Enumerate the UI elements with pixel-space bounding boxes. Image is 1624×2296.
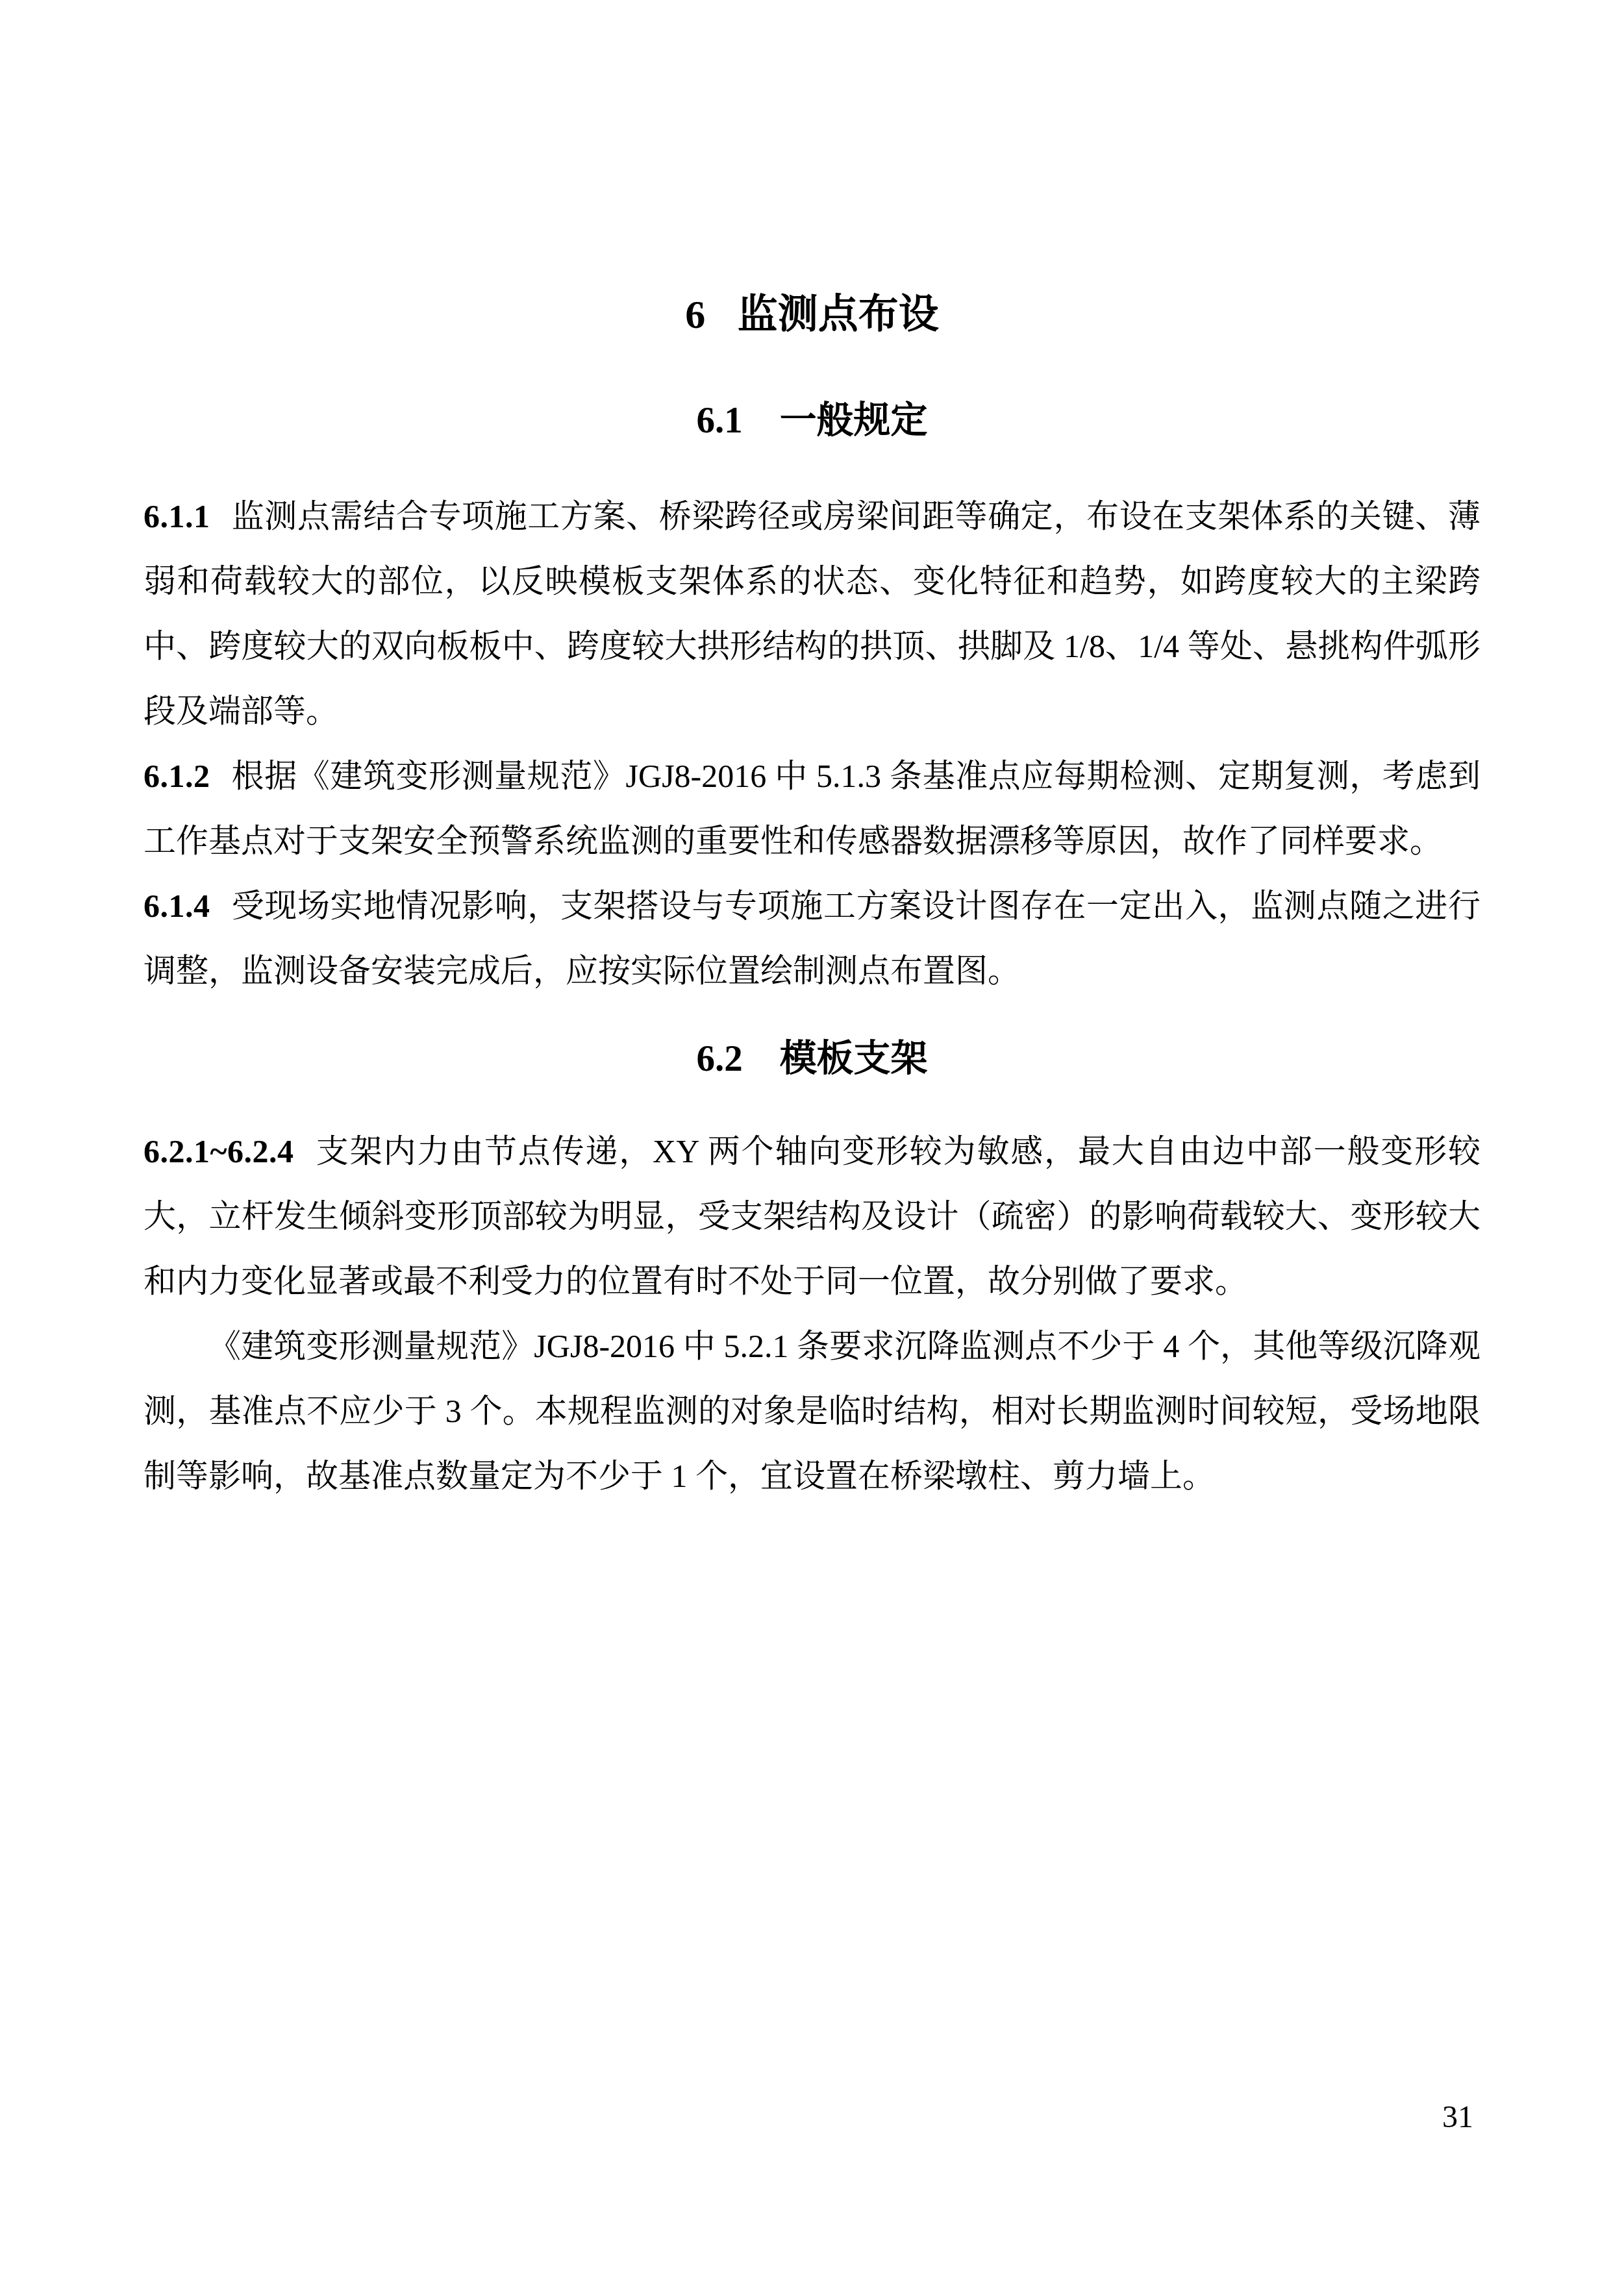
- clause-number: 6.2.1~6.2.4: [144, 1133, 294, 1169]
- section-title-6-1: 6.1一般规定: [144, 399, 1480, 443]
- clause-number: 6.1.4: [144, 888, 210, 924]
- section-title-6-2: 6.2模板支架: [144, 1037, 1480, 1081]
- page-content: 6监测点布设 6.1一般规定 6.1.1监测点需结合专项施工方案、桥梁跨径或房梁…: [0, 0, 1624, 1508]
- clause-6-1-2: 6.1.2根据《建筑变形测量规范》JGJ8-2016 中 5.1.3 条基准点应…: [144, 743, 1480, 873]
- clause-number: 6.1.2: [144, 758, 210, 794]
- page-number: 31: [1442, 2099, 1473, 2136]
- section-number: 6.2: [696, 1038, 742, 1079]
- clause-6-1-1: 6.1.1监测点需结合专项施工方案、桥梁跨径或房梁间距等确定，布设在支架体系的关…: [144, 484, 1480, 743]
- clause-commentary-paragraph: 《建筑变形测量规范》JGJ8-2016 中 5.2.1 条要求沉降监测点不少于 …: [144, 1314, 1480, 1508]
- clause-6-2-1-to-6-2-4: 6.2.1~6.2.4支架内力由节点传递，XY 两个轴向变形较为敏感，最大自由边…: [144, 1119, 1480, 1314]
- clause-text: 支架内力由节点传递，XY 两个轴向变形较为敏感，最大自由边中部一般变形较大，立杆…: [144, 1133, 1480, 1299]
- chapter-number: 6: [685, 293, 705, 337]
- chapter-title: 6监测点布设: [144, 0, 1480, 339]
- clause-text: 《建筑变形测量规范》JGJ8-2016 中 5.2.1 条要求沉降监测点不少于 …: [144, 1328, 1480, 1494]
- clause-number: 6.1.1: [144, 498, 210, 534]
- chapter-name: 监测点布设: [738, 293, 939, 337]
- document-page: 6监测点布设 6.1一般规定 6.1.1监测点需结合专项施工方案、桥梁跨径或房梁…: [0, 0, 1624, 2296]
- clause-text: 受现场实地情况影响，支架搭设与专项施工方案设计图存在一定出入，监测点随之进行调整…: [144, 888, 1480, 989]
- section-number: 6.1: [696, 400, 742, 441]
- clause-text: 根据《建筑变形测量规范》JGJ8-2016 中 5.1.3 条基准点应每期检测、…: [144, 758, 1480, 859]
- clause-text: 监测点需结合专项施工方案、桥梁跨径或房梁间距等确定，布设在支架体系的关键、薄弱和…: [144, 498, 1480, 729]
- clause-6-1-4: 6.1.4受现场实地情况影响，支架搭设与专项施工方案设计图存在一定出入，监测点随…: [144, 873, 1480, 1003]
- section-name: 一般规定: [780, 400, 928, 441]
- section-name: 模板支架: [780, 1038, 928, 1079]
